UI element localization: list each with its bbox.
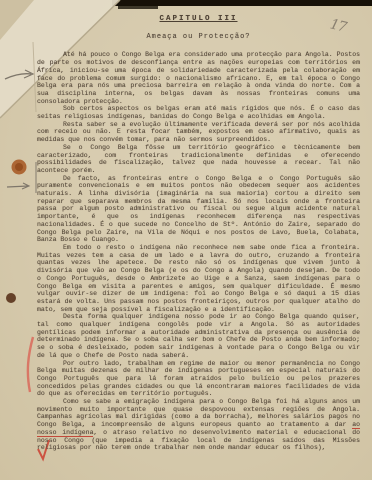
paragraph: Resta saber se a evolução ùltimamente ve…: [37, 121, 360, 144]
final-paragraph-before: Como se sabe a emigração indígena para o…: [37, 398, 360, 428]
paragraph-final: Como se sabe a emigração indígena para o…: [37, 398, 360, 452]
paragraph: Sob certos aspectos os belgas eram até m…: [37, 105, 360, 120]
paragraph: Por outro lado, trabalham em regime de m…: [37, 360, 360, 399]
paragraph: Se o Congo Belga fôsse um território geo…: [37, 144, 360, 175]
paragraph: Desta forma qualquer indígena nosso pode…: [37, 313, 360, 359]
paragraph: De facto, as fronteiras entre o Congo Be…: [37, 175, 360, 244]
chapter-title: CAPITULO III: [37, 16, 360, 24]
paragraph: Em todo o resto o indígena não reconhece…: [37, 244, 360, 313]
section-title: Ameaça ou Protecção?: [37, 34, 360, 42]
typewritten-text-block: CAPITULO III Ameaça ou Protecção? Até há…: [37, 10, 360, 452]
scanned-typewritten-page: { "doc": { "page_number": "17", "chapter…: [0, 0, 372, 480]
paragraph: Até há pouco o Congo Belga era considera…: [37, 51, 360, 105]
